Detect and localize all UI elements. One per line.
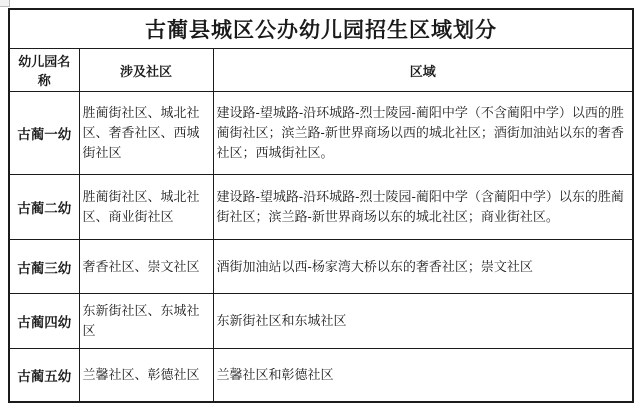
table-row: 古蔺五幼 兰馨社区、彰德社区 兰馨社区和彰德社区	[9, 349, 633, 402]
title-row: 古蔺县城区公办幼儿园招生区域划分	[9, 9, 633, 49]
cell-communities: 胜蔺街社区、城北社区、商业街社区	[79, 175, 213, 240]
cell-region: 兰馨社区和彰德社区	[213, 349, 633, 402]
table-row: 古蔺一幼 胜蔺街社区、城北社区、奢香社区、西城街社区 建设路-望城路-沿环城路-…	[9, 92, 633, 175]
enrollment-table: 古蔺县城区公办幼儿园招生区域划分 幼儿园名称 涉及社区 区域 古蔺一幼 胜蔺街社…	[8, 8, 634, 403]
cell-kindergarten-name: 古蔺四幼	[9, 294, 79, 349]
header-row: 幼儿园名称 涉及社区 区域	[9, 49, 633, 92]
table-row: 古蔺四幼 东新街社区、东城社区 东新街社区和东城社区	[9, 294, 633, 349]
spreadsheet-corner-artifact	[0, 0, 10, 7]
cell-region: 建设路-望城路-沿环城路-烈士陵园-蔺阳中学（不含蔺阳中学）以西的胜蔺街社区；滨…	[213, 92, 633, 175]
cell-communities: 东新街社区、东城社区	[79, 294, 213, 349]
header-cell-region: 区域	[213, 49, 633, 92]
cell-communities: 兰馨社区、彰德社区	[79, 349, 213, 402]
table-row: 古蔺二幼 胜蔺街社区、城北社区、商业街社区 建设路-望城路-沿环城路-烈士陵园-…	[9, 175, 633, 240]
cell-kindergarten-name: 古蔺一幼	[9, 92, 79, 175]
table-title: 古蔺县城区公办幼儿园招生区域划分	[9, 9, 633, 49]
cell-kindergarten-name: 古蔺二幼	[9, 175, 79, 240]
cell-kindergarten-name: 古蔺三幼	[9, 240, 79, 294]
cell-communities: 奢香社区、崇文社区	[79, 240, 213, 294]
cell-region: 酒街加油站以西-杨家湾大桥以东的奢香社区；崇文社区	[213, 240, 633, 294]
header-cell-kindergarten-name: 幼儿园名称	[9, 49, 79, 92]
cell-region: 东新街社区和东城社区	[213, 294, 633, 349]
enrollment-table-sheet: 古蔺县城区公办幼儿园招生区域划分 幼儿园名称 涉及社区 区域 古蔺一幼 胜蔺街社…	[8, 8, 632, 400]
cell-kindergarten-name: 古蔺五幼	[9, 349, 79, 402]
cell-region: 建设路-望城路-沿环城路-烈士陵园-蔺阳中学（含蔺阳中学）以东的胜蔺街社区；滨兰…	[213, 175, 633, 240]
header-cell-communities: 涉及社区	[79, 49, 213, 92]
cell-communities: 胜蔺街社区、城北社区、奢香社区、西城街社区	[79, 92, 213, 175]
table-row: 古蔺三幼 奢香社区、崇文社区 酒街加油站以西-杨家湾大桥以东的奢香社区；崇文社区	[9, 240, 633, 294]
